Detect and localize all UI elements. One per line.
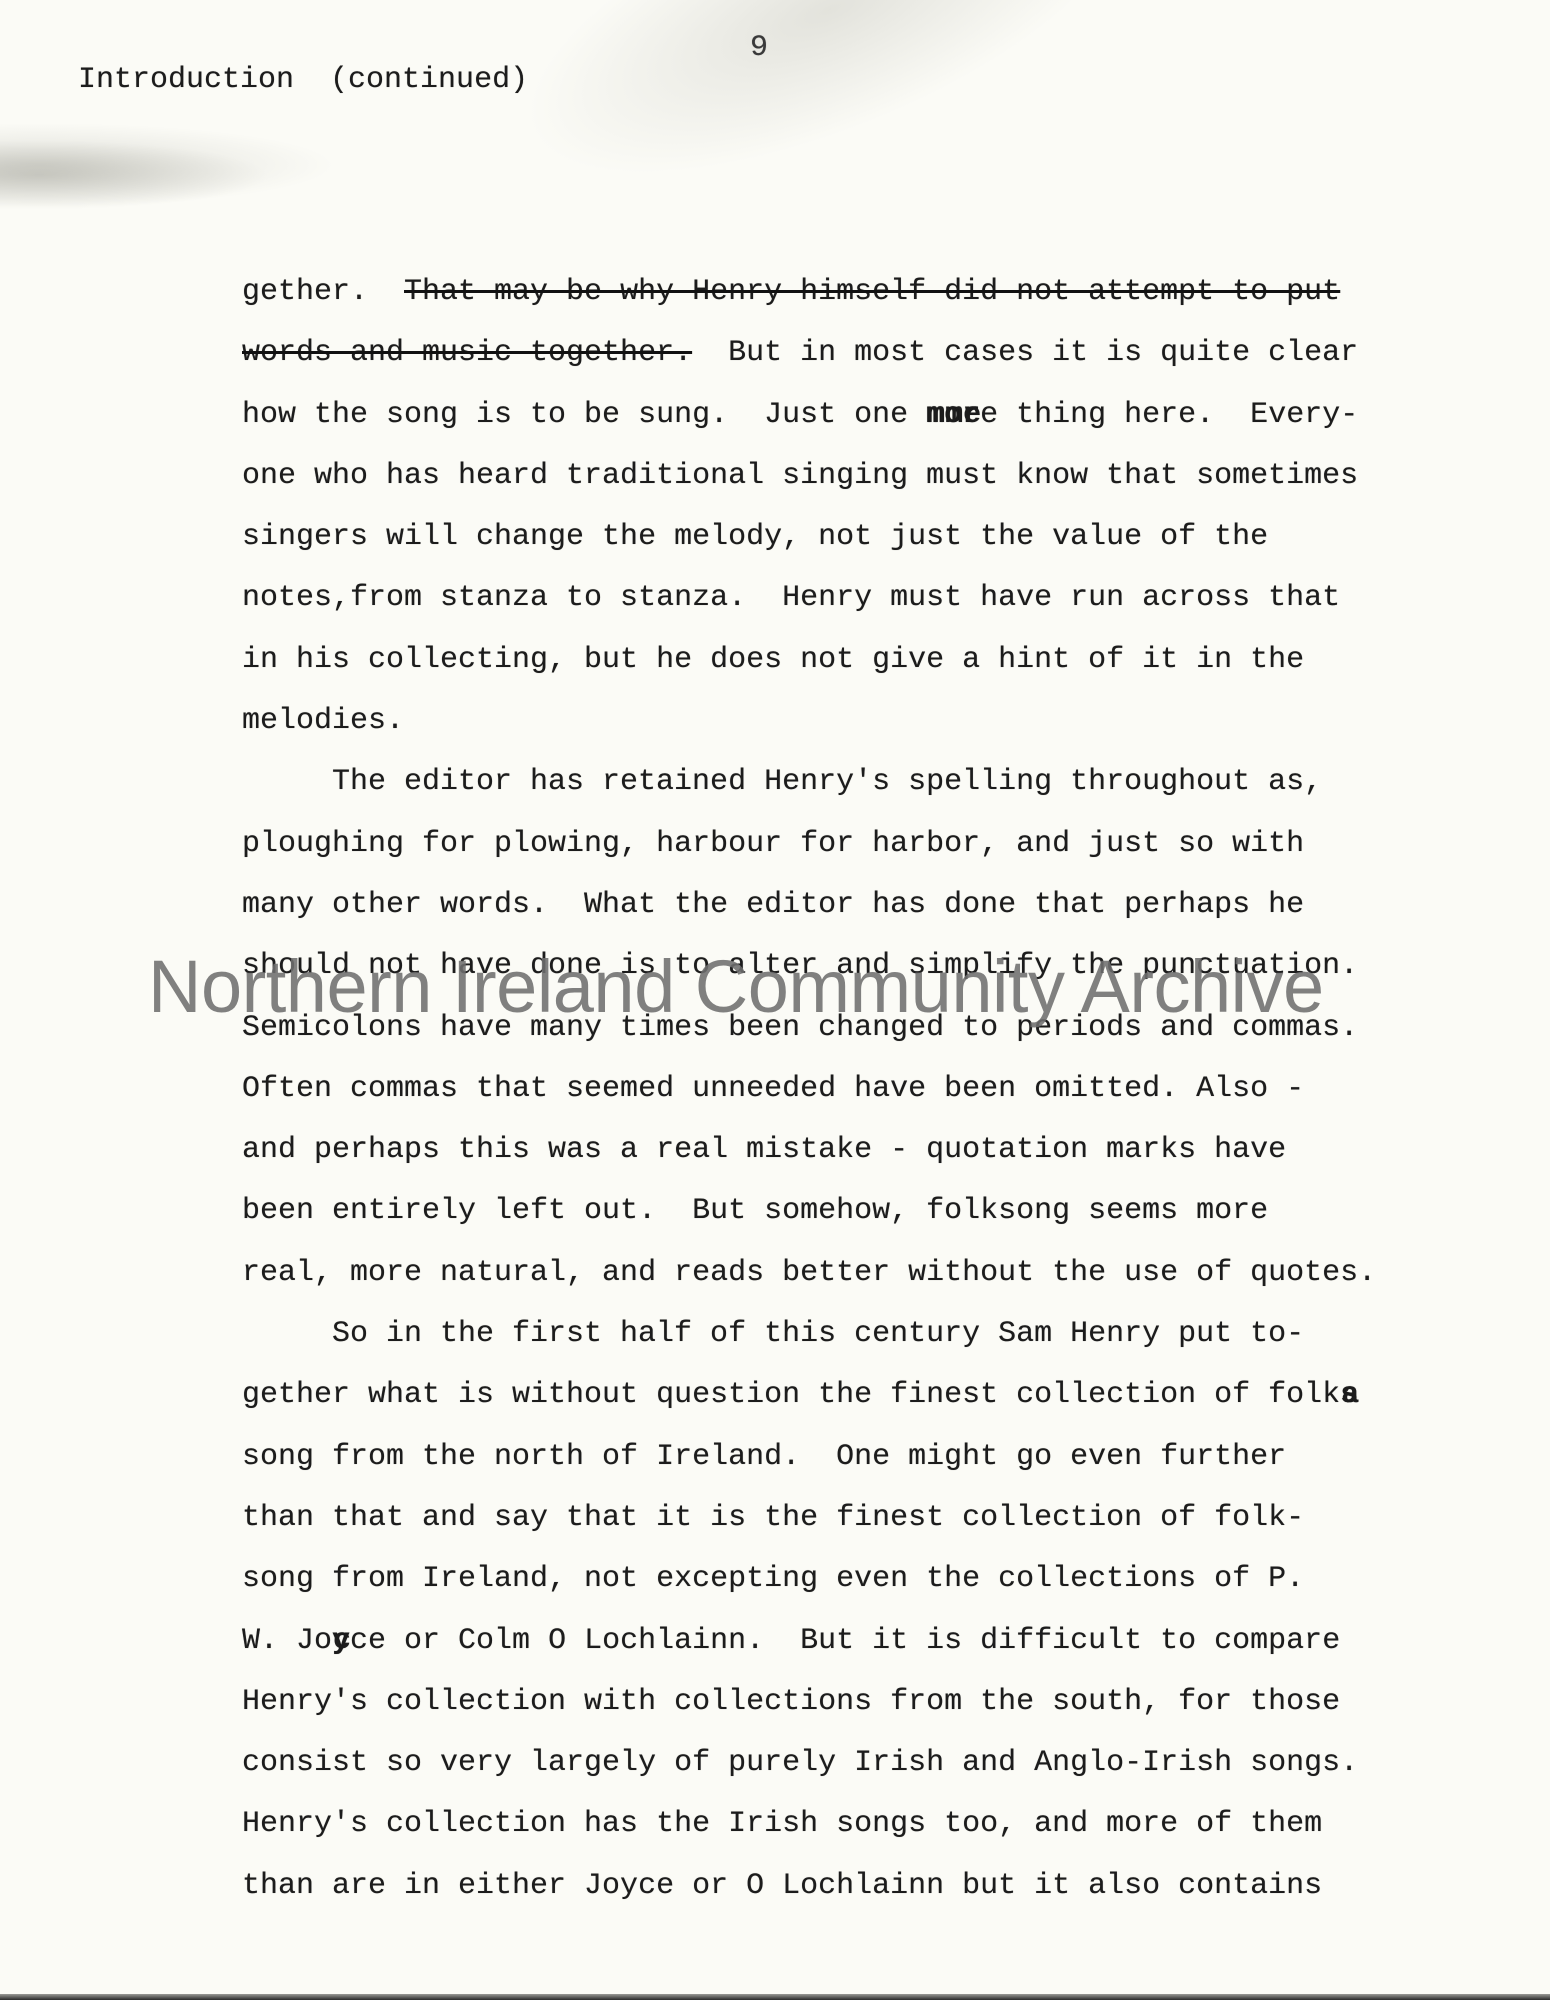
- line-text: and perhaps this was a real mistake - qu…: [242, 1133, 1286, 1167]
- line-text: ploughing for plowing, harbour for harbo…: [242, 827, 1304, 861]
- line-text: song from the north of Ireland. One migh…: [242, 1440, 1286, 1474]
- text-line: So in the first half of this century Sam…: [242, 1304, 1442, 1365]
- line-text: one who has heard traditional singing mu…: [242, 459, 1358, 493]
- line-text: in his collecting, but he does not give …: [242, 643, 1304, 677]
- text-line: real, more natural, and reads better wit…: [242, 1243, 1442, 1304]
- line-text: many other words. What the editor has do…: [242, 888, 1304, 922]
- text-line: Semicolons have many times been changed …: [242, 998, 1442, 1059]
- text-line: W. Joycce or Colm O Lochlainn. But it is…: [242, 1611, 1442, 1672]
- line-text: Semicolons have many times been changed …: [242, 1011, 1358, 1045]
- text-line: consist so very largely of purely Irish …: [242, 1733, 1442, 1794]
- overstrike-layer: mme: [927, 385, 981, 446]
- overstruck-text: sa: [1340, 1365, 1358, 1426]
- line-text: gether.: [242, 275, 404, 309]
- line-text: been entirely left out. But somehow, fol…: [242, 1194, 1268, 1228]
- text-line: song from the north of Ireland. One migh…: [242, 1427, 1442, 1488]
- line-text: singers will change the melody, not just…: [242, 520, 1268, 554]
- line-text: gether what is without question the fine…: [242, 1378, 1340, 1412]
- text-line: in his collecting, but he does not give …: [242, 630, 1442, 691]
- text-line: how the song is to be sung. Just one mor…: [242, 385, 1442, 446]
- text-line: singers will change the melody, not just…: [242, 507, 1442, 568]
- line-text: But in most cases it is quite clear: [692, 336, 1358, 370]
- overstruck-text: yc: [332, 1611, 350, 1672]
- line-text: real, more natural, and reads better wit…: [242, 1256, 1376, 1290]
- text-line: gether what is without question the fine…: [242, 1365, 1442, 1426]
- struck-through-text: words and music together.: [242, 336, 692, 370]
- page-fold-shadow: [457, 0, 1203, 262]
- page-number: 9: [750, 30, 768, 66]
- text-line: song from Ireland, not excepting even th…: [242, 1549, 1442, 1610]
- text-line: notes,from stanza to stanza. Henry must …: [242, 568, 1442, 629]
- line-text: how the song is to be sung. Just one: [242, 398, 926, 432]
- overstrike-layer: c: [333, 1611, 351, 1672]
- text-line: Often commas that seemed unneeded have b…: [242, 1059, 1442, 1120]
- line-text: ce or Colm O Lochlainn. But it is diffic…: [350, 1624, 1340, 1658]
- text-line: should not have done is to alter and sim…: [242, 936, 1442, 997]
- text-line: The editor has retained Henry's spelling…: [242, 752, 1442, 813]
- line-text: W. Jo: [242, 1624, 332, 1658]
- line-text: consist so very largely of purely Irish …: [242, 1746, 1358, 1780]
- overstrike-layer: a: [1341, 1365, 1359, 1426]
- scanned-page: Introduction (continued) 9 gether. That …: [0, 0, 1550, 2000]
- line-text: should not have done is to alter and sim…: [242, 949, 1358, 983]
- line-text: than that and say that it is the finest …: [242, 1501, 1304, 1535]
- line-text: song from Ireland, not excepting even th…: [242, 1562, 1304, 1596]
- text-line: one who has heard traditional singing mu…: [242, 446, 1442, 507]
- line-text: e thing here. Every-: [980, 398, 1358, 432]
- line-text: Henry's collection has the Irish songs t…: [242, 1807, 1322, 1841]
- line-text: melodies.: [242, 704, 404, 738]
- text-line: many other words. What the editor has do…: [242, 875, 1442, 936]
- text-line: Henry's collection with collections from…: [242, 1672, 1442, 1733]
- text-line: been entirely left out. But somehow, fol…: [242, 1181, 1442, 1242]
- line-text: than are in either Joyce or O Lochlainn …: [242, 1869, 1322, 1903]
- text-line: melodies.: [242, 691, 1442, 752]
- struck-through-text: That may be why Henry himself did not at…: [404, 275, 1340, 309]
- text-line: and perhaps this was a real mistake - qu…: [242, 1120, 1442, 1181]
- line-text: The editor has retained Henry's spelling…: [332, 765, 1322, 799]
- line-text: Often commas that seemed unneeded have b…: [242, 1072, 1304, 1106]
- line-text: Henry's collection with collections from…: [242, 1685, 1340, 1719]
- line-text: So in the first half of this century Sam…: [332, 1317, 1304, 1351]
- body-text: gether. That may be why Henry himself di…: [242, 262, 1442, 1917]
- line-text: notes,from stanza to stanza. Henry must …: [242, 581, 1340, 615]
- page-edge-shadow: [0, 140, 270, 210]
- overstruck-text: mormme: [926, 385, 980, 446]
- text-line: words and music together. But in most ca…: [242, 323, 1442, 384]
- section-header: Introduction (continued): [78, 62, 528, 98]
- text-line: than that and say that it is the finest …: [242, 1488, 1442, 1549]
- page-bottom-edge: [0, 1994, 1550, 2000]
- text-line: gether. That may be why Henry himself di…: [242, 262, 1442, 323]
- text-line: than are in either Joyce or O Lochlainn …: [242, 1856, 1442, 1917]
- text-line: Henry's collection has the Irish songs t…: [242, 1794, 1442, 1855]
- text-line: ploughing for plowing, harbour for harbo…: [242, 814, 1442, 875]
